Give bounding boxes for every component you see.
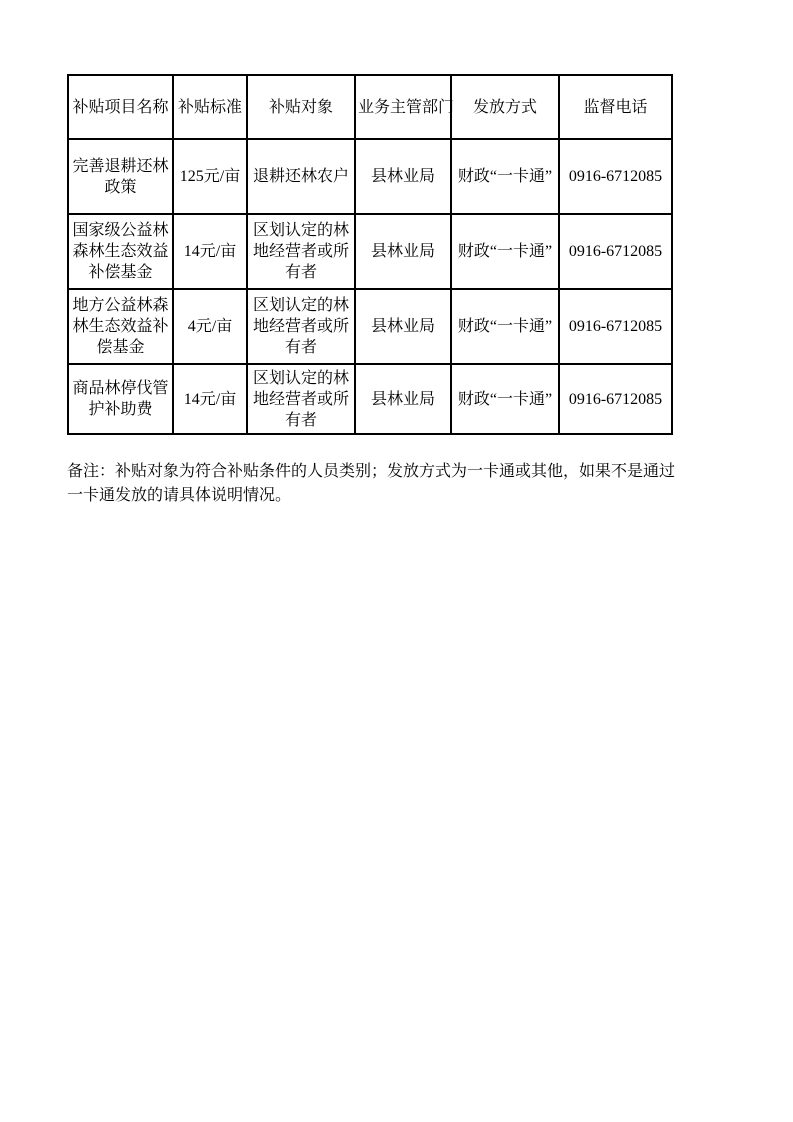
subsidy-table: 补贴项目名称补贴标准补贴对象业务主管部门发放方式监督电话 完善退耕还林政策125… (67, 74, 673, 435)
table-header: 补贴项目名称补贴标准补贴对象业务主管部门发放方式监督电话 (68, 75, 672, 139)
table-cell: 地方公益林森林生态效益补偿基金 (68, 289, 173, 364)
table-row: 国家级公益林森林生态效益补偿基金14元/亩区划认定的林地经营者或所有者县林业局财… (68, 214, 672, 289)
column-header: 监督电话 (559, 75, 672, 139)
column-header: 补贴对象 (247, 75, 355, 139)
table-cell: 县林业局 (355, 289, 451, 364)
table-cell: 125元/亩 (173, 139, 247, 214)
table-cell: 4元/亩 (173, 289, 247, 364)
table-cell: 县林业局 (355, 214, 451, 289)
table-cell: 财政“一卡通” (451, 139, 559, 214)
table-cell: 14元/亩 (173, 364, 247, 434)
table-cell: 0916-6712085 (559, 139, 672, 214)
table-cell: 区划认定的林地经营者或所有者 (247, 364, 355, 434)
header-row: 补贴项目名称补贴标准补贴对象业务主管部门发放方式监督电话 (68, 75, 672, 139)
table-cell: 完善退耕还林政策 (68, 139, 173, 214)
table-cell: 财政“一卡通” (451, 364, 559, 434)
table-cell: 0916-6712085 (559, 214, 672, 289)
table-row: 地方公益林森林生态效益补偿基金4元/亩区划认定的林地经营者或所有者县林业局财政“… (68, 289, 672, 364)
table-cell: 县林业局 (355, 139, 451, 214)
column-header: 补贴项目名称 (68, 75, 173, 139)
table-cell: 退耕还林农户 (247, 139, 355, 214)
note-text: 备注：补贴对象为符合补贴条件的人员类别；发放方式为一卡通或其他，如果不是通过一卡… (67, 460, 679, 508)
table-cell: 县林业局 (355, 364, 451, 434)
table-cell: 区划认定的林地经营者或所有者 (247, 214, 355, 289)
table-cell: 财政“一卡通” (451, 214, 559, 289)
table-cell: 14元/亩 (173, 214, 247, 289)
column-header: 补贴标准 (173, 75, 247, 139)
table-cell: 0916-6712085 (559, 289, 672, 364)
table-cell: 区划认定的林地经营者或所有者 (247, 289, 355, 364)
table-cell: 商品林停伐管护补助费 (68, 364, 173, 434)
table-row: 商品林停伐管护补助费14元/亩区划认定的林地经营者或所有者县林业局财政“一卡通”… (68, 364, 672, 434)
table-cell: 财政“一卡通” (451, 289, 559, 364)
table-cell: 国家级公益林森林生态效益补偿基金 (68, 214, 173, 289)
table-cell: 0916-6712085 (559, 364, 672, 434)
column-header: 发放方式 (451, 75, 559, 139)
table-body: 完善退耕还林政策125元/亩退耕还林农户县林业局财政“一卡通”0916-6712… (68, 139, 672, 434)
column-header: 业务主管部门 (355, 75, 451, 139)
document-page: 补贴项目名称补贴标准补贴对象业务主管部门发放方式监督电话 完善退耕还林政策125… (0, 0, 793, 1122)
table-row: 完善退耕还林政策125元/亩退耕还林农户县林业局财政“一卡通”0916-6712… (68, 139, 672, 214)
